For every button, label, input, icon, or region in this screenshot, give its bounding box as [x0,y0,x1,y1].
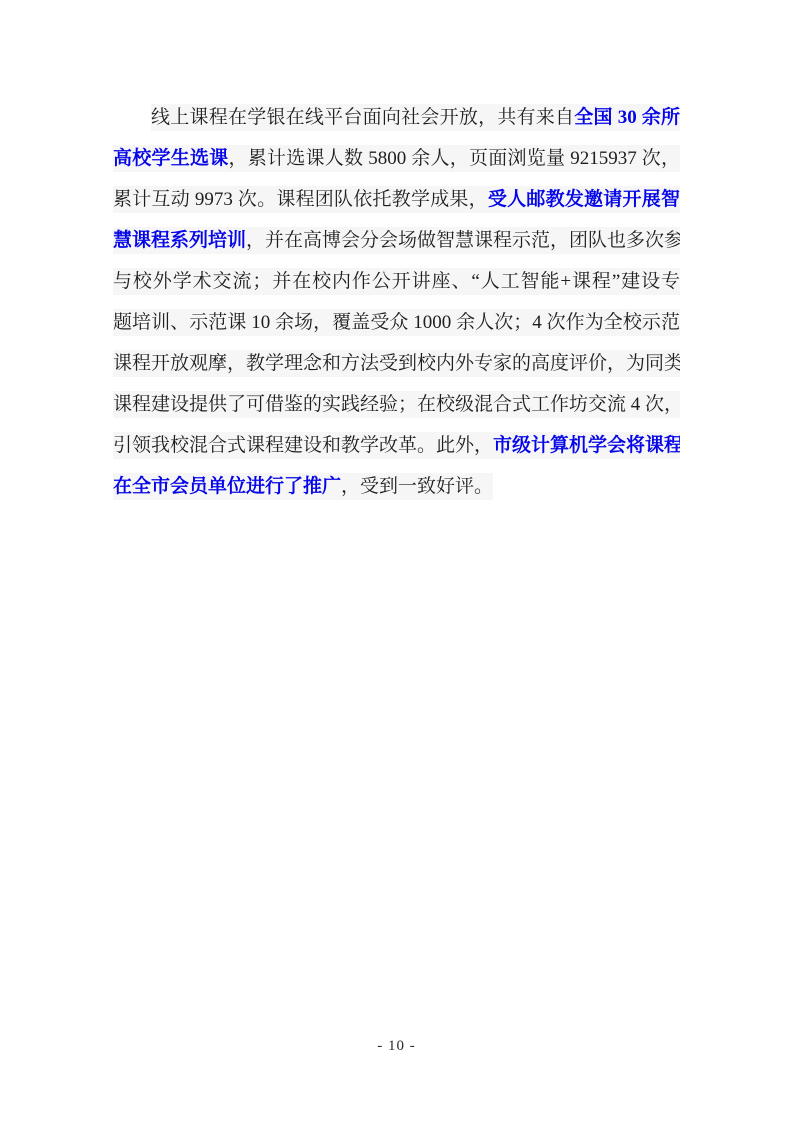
line-text: 线上课程在学银在线平台面向社会开放，共有来自全国 30 余所 [151,104,680,131]
line-text: 与校外学术交流；并在校内作公开讲座、“人工智能+课程”建设专 [113,268,680,295]
line-text: 课程开放观摩，教学理念和方法受到校内外专家的高度评价，为同类 [113,350,680,377]
text-line: 题培训、示范课 10 余场，覆盖受众 1000 余人次；4 次作为全校示范 [113,302,680,343]
document-page: 线上课程在学银在线平台面向社会开放，共有来自全国 30 余所高校学生选课，累计选… [0,0,793,1122]
body-run: 题培训、示范课 10 余场，覆盖受众 1000 余人次；4 次作为全校示范 [113,312,680,333]
text-line: 课程开放观摩，教学理念和方法受到校内外专家的高度评价，为同类 [113,343,680,384]
body-run: 课程建设提供了可借鉴的实践经验；在校级混合式工作坊交流 4 次， [113,394,680,415]
body-run: ，累计选课人数 5800 余人，页面浏览量 9215937 次， [229,148,680,169]
line-text: 高校学生选课，累计选课人数 5800 余人，页面浏览量 9215937 次， [113,145,680,172]
line-text: 题培训、示范课 10 余场，覆盖受众 1000 余人次；4 次作为全校示范 [113,309,680,336]
line-text: 累计互动 9973 次。课程团队依托教学成果，受人邮教发邀请开展智 [113,186,680,213]
line-text: 在全市会员单位进行了推广，受到一致好评。 [113,473,493,500]
body-run: 引领我校混合式课程建设和教学改革。此外， [113,435,493,456]
text-line: 线上课程在学银在线平台面向社会开放，共有来自全国 30 余所 [113,97,680,138]
body-run: 累计互动 9973 次。课程团队依托教学成果， [113,189,488,210]
text-line: 累计互动 9973 次。课程团队依托教学成果，受人邮教发邀请开展智 [113,179,680,220]
emphasis-phrase: 受人邮教发邀请开展智 [488,189,680,210]
paragraph: 线上课程在学银在线平台面向社会开放，共有来自全国 30 余所高校学生选课，累计选… [113,97,680,507]
emphasis-phrase: 在全市会员单位进行了推广 [113,476,341,497]
text-line: 与校外学术交流；并在校内作公开讲座、“人工智能+课程”建设专 [113,261,680,302]
emphasis-phrase: 慧课程系列培训 [113,230,246,251]
body-run: 课程开放观摩，教学理念和方法受到校内外专家的高度评价，为同类 [113,353,680,374]
body-run: ，受到一致好评。 [341,476,493,497]
line-text: 课程建设提供了可借鉴的实践经验；在校级混合式工作坊交流 4 次， [113,391,680,418]
emphasis-phrase: 市级计算机学会将课程 [493,435,680,456]
body-run: 线上课程在学银在线平台面向社会开放，共有来自 [151,107,574,128]
line-text: 引领我校混合式课程建设和教学改革。此外，市级计算机学会将课程 [113,432,680,459]
text-line: 在全市会员单位进行了推广，受到一致好评。 [113,466,680,507]
page-number: - 10 - [0,1036,793,1056]
text-line: 高校学生选课，累计选课人数 5800 余人，页面浏览量 9215937 次， [113,138,680,179]
line-text: 慧课程系列培训，并在高博会分会场做智慧课程示范，团队也多次参 [113,227,680,254]
text-line: 引领我校混合式课程建设和教学改革。此外，市级计算机学会将课程 [113,425,680,466]
body-run: 与校外学术交流；并在校内作公开讲座、“人工智能+课程”建设专 [113,271,680,292]
emphasis-phrase: 高校学生选课 [113,148,229,169]
text-line: 慧课程系列培训，并在高博会分会场做智慧课程示范，团队也多次参 [113,220,680,261]
text-line: 课程建设提供了可借鉴的实践经验；在校级混合式工作坊交流 4 次， [113,384,680,425]
body-run: ，并在高博会分会场做智慧课程示范，团队也多次参 [246,230,680,251]
emphasis-phrase: 全国 30 余所 [574,107,680,128]
